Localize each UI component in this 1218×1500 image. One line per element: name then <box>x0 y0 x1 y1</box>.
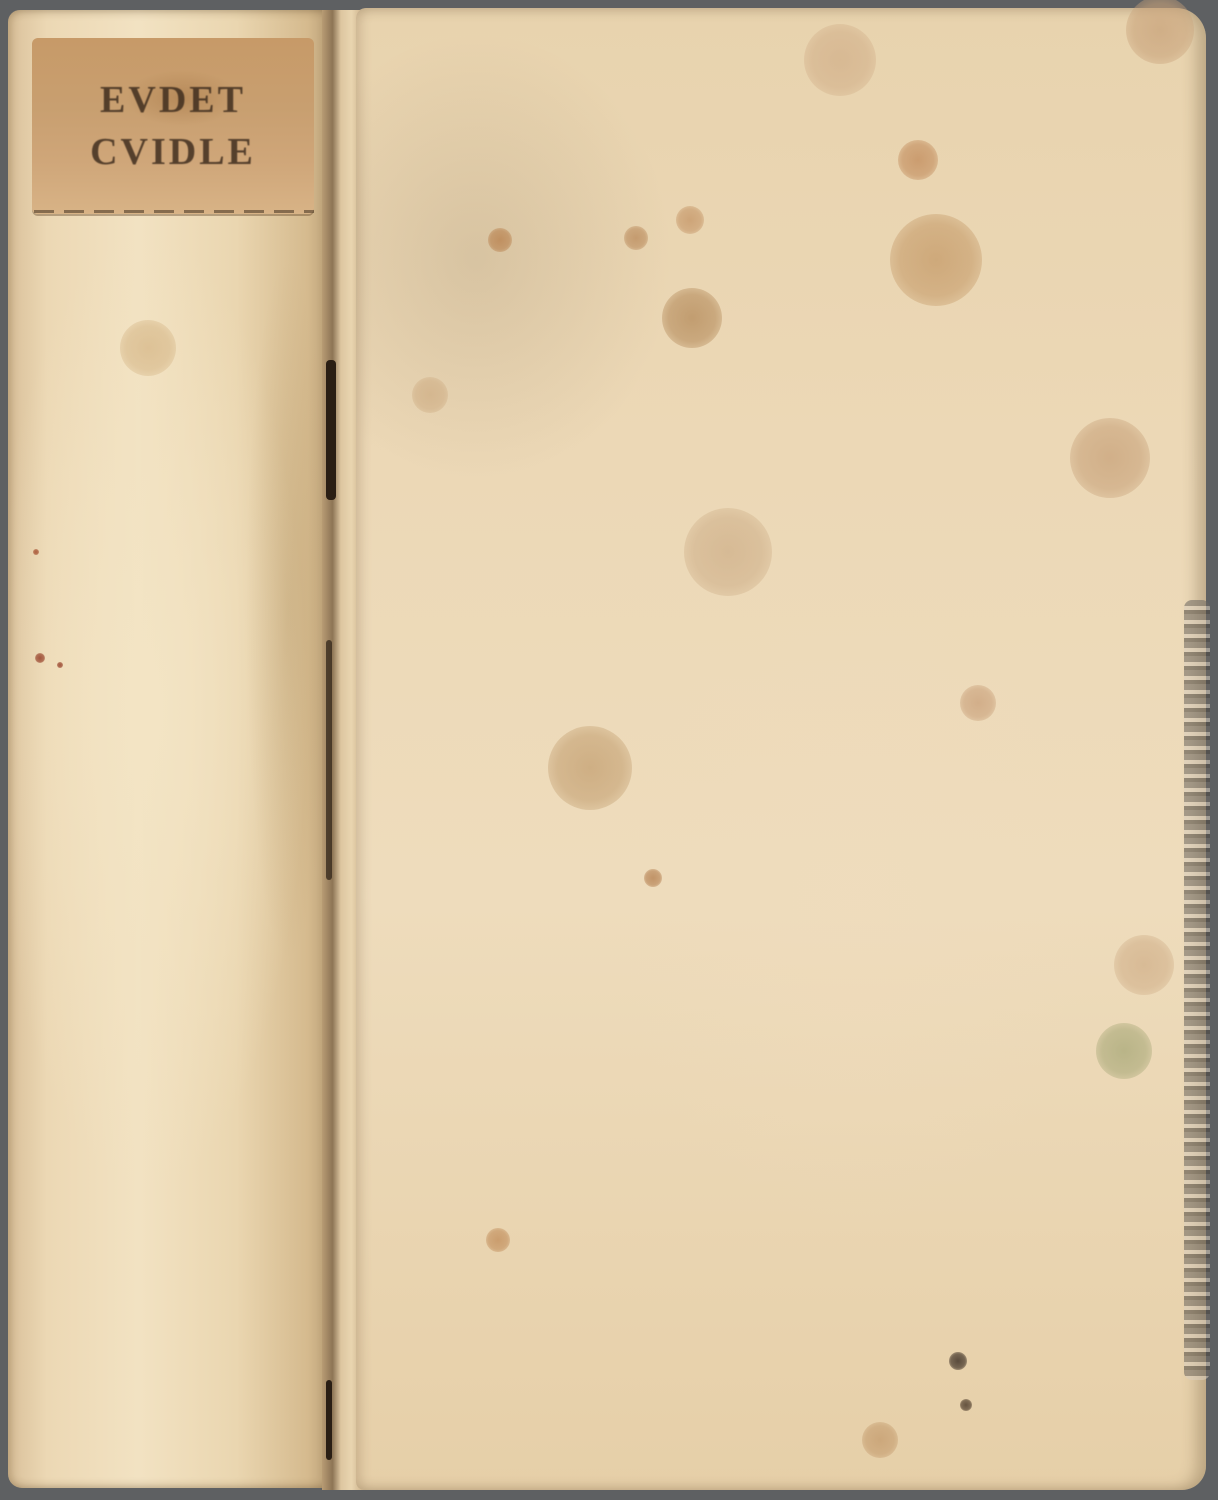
stain-spot <box>488 228 512 252</box>
stain-spot <box>120 320 176 376</box>
book-spine <box>8 10 334 1488</box>
stain-spot <box>1114 935 1174 995</box>
stain-spot <box>35 653 45 663</box>
hinge-crack <box>326 640 332 880</box>
stain-spot <box>57 662 63 668</box>
spine-label-line-2: CVIDLE <box>90 130 256 174</box>
stain-spot <box>684 508 772 596</box>
stain-spot <box>676 206 704 234</box>
cover-frayed-edge <box>1184 600 1210 1380</box>
book-photo: EVDET CVIDLE <box>0 0 1218 1500</box>
stain-spot <box>624 226 648 250</box>
stain-spot <box>644 869 662 887</box>
stain-spot <box>486 1228 510 1252</box>
stain-spot <box>1096 1023 1152 1079</box>
stain-spot <box>804 24 876 96</box>
stain-spot <box>949 1352 967 1370</box>
stain-spot <box>862 1422 898 1458</box>
spine-label-rule <box>34 210 314 213</box>
spine-label-line-1: EVDET <box>100 78 246 122</box>
stain-spot <box>412 377 448 413</box>
hinge-crack <box>326 360 336 500</box>
stain-spot <box>33 549 39 555</box>
stain-spot <box>960 685 996 721</box>
stain-spot <box>1070 418 1150 498</box>
hinge-crack <box>326 1380 332 1460</box>
stain-spot <box>890 214 982 306</box>
book-front-cover <box>356 8 1206 1490</box>
stain-spot <box>898 140 938 180</box>
stain-spot <box>662 288 722 348</box>
stain-spot <box>548 726 632 810</box>
spine-label: EVDET CVIDLE <box>32 38 314 214</box>
stain-spot <box>960 1399 972 1411</box>
